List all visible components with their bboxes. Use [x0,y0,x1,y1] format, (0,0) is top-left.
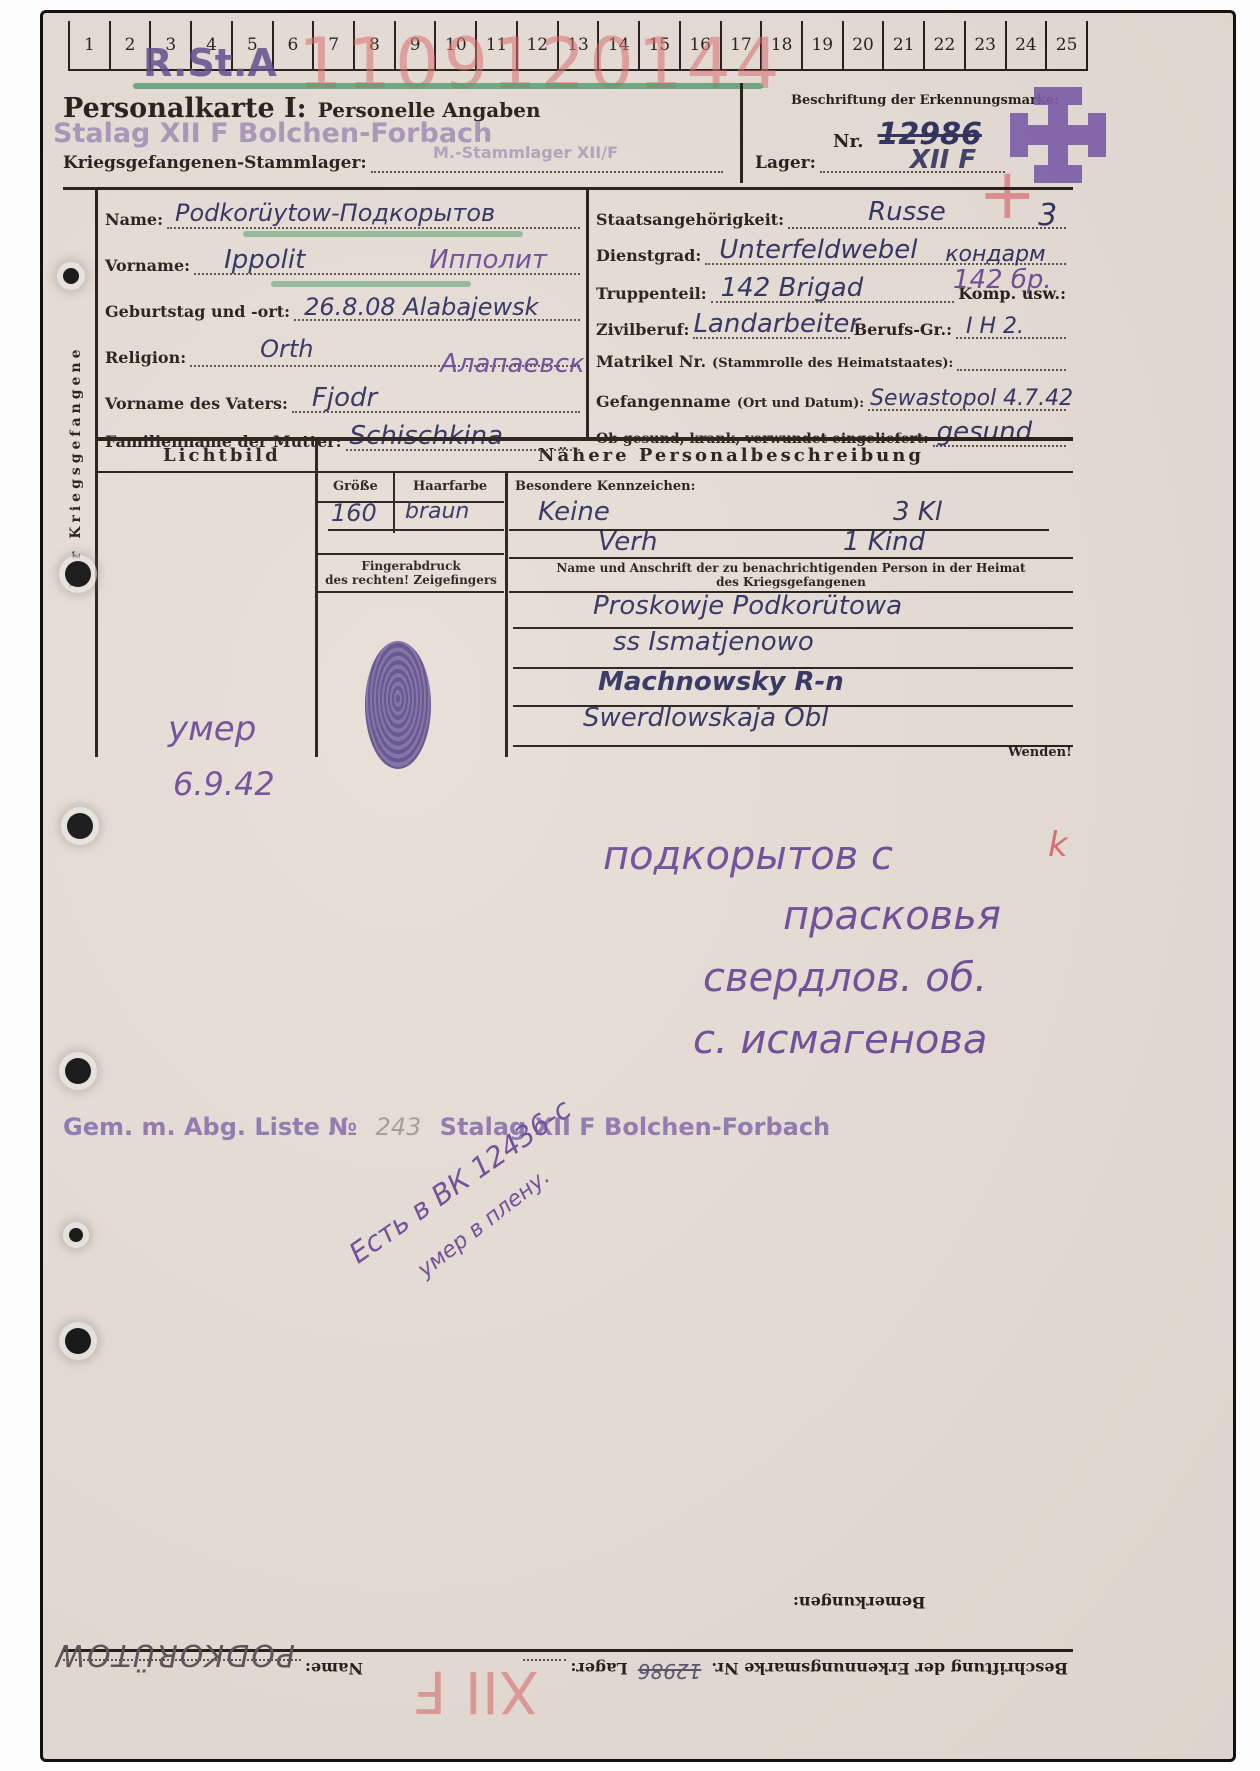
komp-annotation: 142 бр. [953,265,1052,295]
vater-value: Fjodr [312,383,377,413]
vorname-value: Ippolit [224,245,305,275]
erkennungsmarke-lager: Lager: XII F [755,153,1005,173]
gefangen-field: Gefangenname (Ort und Datum): Sewastopol… [596,383,1066,411]
bottom-erkennungsmarke: Beschriftung der Erkennungsmarke Nr. 129… [523,1659,1068,1683]
liste-number: 243 [376,1113,422,1141]
vorname-annotation: Ипполит [429,245,547,275]
punch-hole [65,1058,91,1084]
kennzeichen-line-1-right: 3 Kl [893,497,942,527]
matrikel-field: Matrikel Nr. (Stammrolle des Heimatstaat… [596,349,1066,371]
religion-value: Orth [260,335,313,363]
number-cell: 20 [842,21,883,69]
stalag-stamp-top: Stalag XII F Bolchen-Forbach [53,118,492,149]
bottom-name-value: PODKORÜTOW [53,1637,295,1672]
number-cell: 1 [68,21,109,69]
lager-value: XII F [910,145,976,175]
number-cell: 23 [964,21,1005,69]
punch-hole [63,268,79,284]
staat-annotation: 3 [1038,198,1057,233]
staat-field: Staatsangehörigkeit: Russe 3 [596,201,1066,229]
punch-hole [65,1328,91,1354]
number-cell: 22 [923,21,964,69]
side-text: Der Kriegsgefangene [68,346,84,589]
russian-note-4: с. исмагенова [693,1017,987,1063]
russian-note-2: прасковья [783,893,1001,939]
number-cell: 24 [1005,21,1046,69]
russian-note-3: свердлов. об. [703,955,987,1001]
vorname-field: Vorname: Ippolit Ипполит [105,247,580,275]
number-cell: 25 [1045,21,1088,69]
zivilberuf-field: Zivilberuf: Landarbeiter Berufs-Gr.: I H… [596,311,1066,339]
kontakt-line-4: Swerdlowskaja Obl [583,703,829,733]
bottom-name-field: Name: PODKORÜTOW [63,1659,363,1685]
personnel-card: 1234567891011121314151617181920212223242… [40,10,1236,1762]
kontakt-line-3: Machnowsky R-n [598,667,844,697]
geburt-field: Geburtstag und -ort: 26.8.08 Alabajewsk [105,293,580,321]
kontakt-line-2: ss Ismatjenowo [613,627,814,657]
number-cell: 19 [801,21,842,69]
bottom-xii-f-stamp: XII F [413,1658,539,1726]
truppenteil-value: 142 Brigad [721,273,864,303]
kontakt-label: Name und Anschrift der zu benachrichtige… [509,561,1073,589]
wenden-label: Wenden! [1008,745,1072,760]
green-strike-line [133,83,763,89]
berufs-label: Berufs-Gr.: [854,320,952,339]
dienstgrad-value: Unterfeldwebel [719,235,917,265]
rsla-stamp: R.St.A [143,41,277,85]
gefangen-value: Sewastopol 4.7.42 [870,386,1073,411]
russian-note-1: подкорытов с [603,833,893,879]
kennzeichen-line-2-left: Verh [598,527,657,557]
photo-annotation-1: умер [168,709,256,749]
zivilberuf-value: Landarbeiter [693,309,860,339]
bottom-nr-value: 12986 [638,1659,702,1683]
red-k-mark: k [1048,825,1068,865]
religion-annotation: Алапаевск [440,349,585,379]
lichtbild-label: Lichtbild [163,445,281,466]
name-value: Podkorüytow-Подкорытов [175,199,495,227]
stammlager-field: Kriegsgefangenen-Stammlager: [63,153,723,173]
staat-value: Russe [868,197,946,227]
dienstgrad-annotation: кондарм [945,242,1045,267]
fingerprint-label: Fingerabdruck des rechten! Zeigefingers [318,559,504,587]
groesse-value: 160 [331,499,377,527]
bemerkungen-label: Bemerkungen: [793,1593,926,1612]
punch-hole [69,1228,83,1242]
punch-hole [67,813,93,839]
religion-field: Religion: Orth Алапаевск [105,339,580,367]
kennzeichen-line-2-right: 1 Kind [843,527,925,557]
gem-liste-stamp: Gem. m. Abg. Liste № 243 Stalag XII F Bo… [63,1113,830,1141]
berufs-value: I H 2. [966,314,1024,339]
photo-annotation-2: 6.9.42 [173,765,275,803]
kennzeichen-line-1-left: Keine [538,497,610,527]
section-title: Nähere Personalbeschreibung [538,445,924,466]
stammlager-label: Kriegsgefangenen-Stammlager: [63,153,367,173]
name-field: Name: Podkorüytow-Подкорытов [105,201,580,229]
groesse-label: Größe [333,479,378,494]
haarfarbe-value: braun [405,499,469,524]
kontakt-line-1: Proskowje Podkorütowa [593,591,902,621]
haarfarbe-label: Haarfarbe [413,479,487,494]
mutter-value: Schischkina [350,421,504,451]
gesund-value: gesund [937,417,1033,447]
fingerprint-image [365,641,431,769]
geburt-value: 26.8.08 Alabajewsk [304,293,538,321]
gesund-field: Ob gesund, krank, verwundet eingeliefert… [596,419,1066,447]
number-cell: 21 [882,21,923,69]
punch-hole [65,561,91,587]
vater-field: Vorname des Vaters: Fjodr [105,385,580,413]
kennzeichen-label: Besondere Kennzeichen: [515,479,695,494]
dienstgrad-field: Dienstgrad: Unterfeldwebel кондарм [596,237,1066,265]
